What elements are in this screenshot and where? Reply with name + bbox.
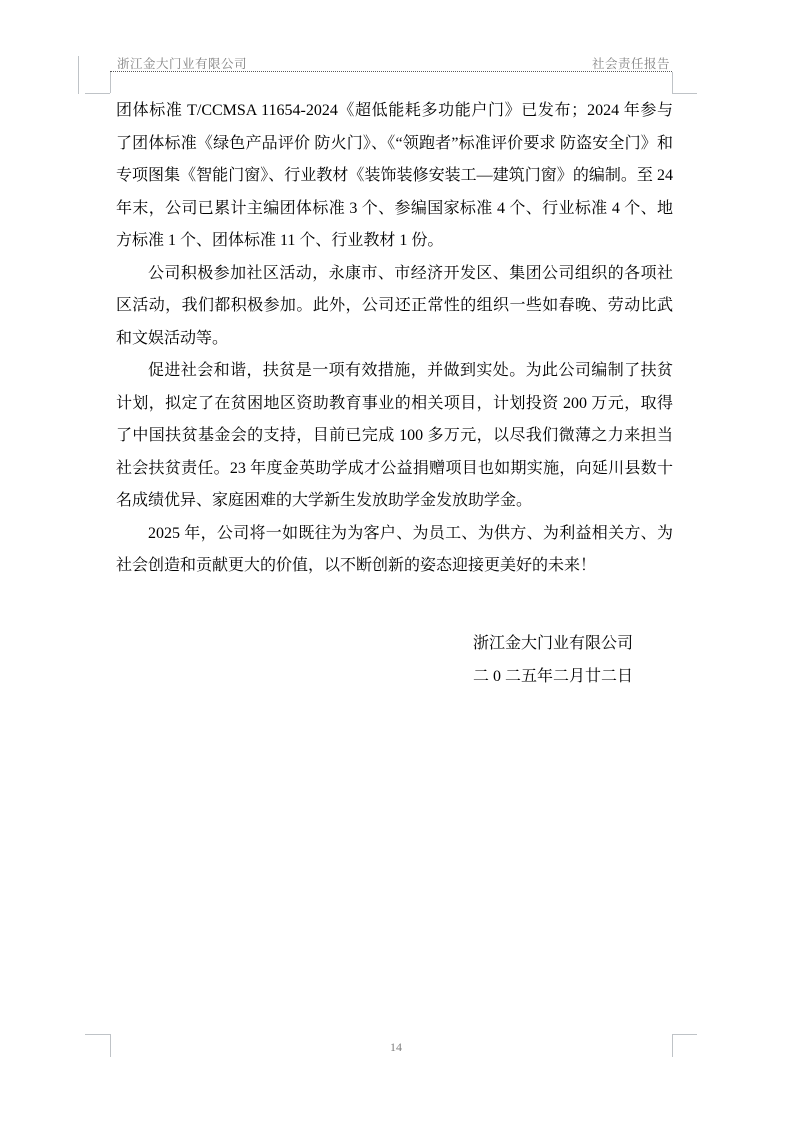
header-company-name: 浙江金大门业有限公司 (117, 54, 247, 72)
body-paragraph-standards: 团体标准 T/CCMSA 11654-2024《超低能耗多功能户门》已发布；20… (116, 95, 673, 258)
body-paragraph-poverty-relief: 促进社会和谐，扶贫是一项有效措施，并做到实处。为此公司编制了扶贫计划，拟定了在贫… (116, 355, 673, 518)
signature-date: 二 0 二五年二月廿二日 (116, 661, 633, 694)
signature-company-name: 浙江金大门业有限公司 (116, 628, 633, 661)
crop-mark-bottom-left-horizontal (85, 1034, 110, 1035)
margin-guide-line-left (78, 56, 79, 94)
header-report-title: 社会责任报告 (592, 54, 670, 72)
page-number: 14 (390, 1040, 402, 1054)
signature-block: 浙江金大门业有限公司 二 0 二五年二月廿二日 (116, 628, 633, 693)
page-header: 浙江金大门业有限公司 社会责任报告 (117, 54, 670, 72)
header-dotted-rule (110, 71, 672, 72)
document-body: 团体标准 T/CCMSA 11654-2024《超低能耗多功能户门》已发布；20… (116, 95, 673, 583)
body-paragraph-outlook: 2025 年，公司将一如既往为为客户、为员工、为供方、为利益相关方、为社会创造和… (116, 518, 673, 583)
crop-mark-top-left-vertical (110, 72, 111, 93)
document-page: 浙江金大门业有限公司 社会责任报告 团体标准 T/CCMSA 11654-202… (0, 0, 792, 1122)
crop-mark-top-left-horizontal (85, 93, 110, 94)
crop-mark-top-right-horizontal (672, 93, 697, 94)
page-footer: 14 (0, 1040, 792, 1055)
crop-mark-top-right-vertical (672, 72, 673, 93)
body-paragraph-community: 公司积极参加社区活动，永康市、市经济开发区、集团公司组织的各项社区活动，我们都积… (116, 258, 673, 356)
crop-mark-bottom-right-horizontal (672, 1034, 697, 1035)
